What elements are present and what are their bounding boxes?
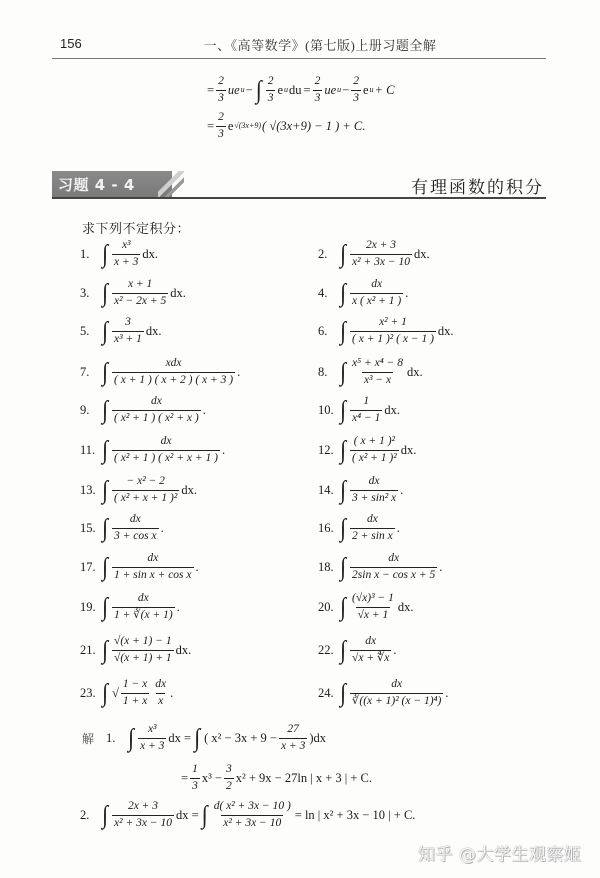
- math-text: dx.: [413, 247, 431, 262]
- denominator: ∛((x + 1)² (x − 1)⁴): [350, 693, 443, 708]
- problem-number: 14.: [318, 483, 334, 498]
- denominator: x² + 3x − 10: [112, 815, 174, 830]
- denominator: x + 3: [112, 254, 140, 269]
- math-text: √: [111, 686, 120, 701]
- section-label: 习题 4 - 4: [58, 174, 135, 195]
- denominator: ( x + 1 )² ( x − 1 ): [350, 331, 436, 346]
- numerator: dx: [153, 679, 168, 693]
- math-text: .: [169, 686, 174, 701]
- problem-number: 4.: [318, 286, 334, 301]
- fraction: 1x⁴ − 1: [350, 396, 382, 424]
- math-text: ( x² − 3x + 9 −: [203, 731, 278, 746]
- fraction: d( x² + 3x − 10 )x² + 3x − 10: [212, 801, 293, 829]
- problem-number: 24.: [318, 686, 334, 701]
- denominator: ( x² + x + 1 )²: [112, 490, 179, 505]
- fraction: dx∛((x + 1)² (x − 1)⁴): [350, 679, 443, 707]
- fraction: dx3 + sin² x: [350, 476, 398, 504]
- problem-number: 21.: [80, 643, 96, 658]
- math-text: =: [180, 771, 189, 786]
- numerator: 2x + 3: [364, 240, 398, 254]
- integral-sign-icon: ∫: [102, 359, 108, 384]
- solution-1-line-1: 解 1. ∫x³x + 3dx = ∫( x² − 3x + 9 − 27x +…: [82, 724, 327, 752]
- running-title: 一、《高等数学》(第七版)上册习题全解: [0, 35, 600, 54]
- math-text: dx =: [167, 731, 192, 746]
- math-text: .: [392, 643, 397, 658]
- numerator: 2: [313, 76, 323, 90]
- problem-6: 6.∫x² + 1( x + 1 )² ( x − 1 )dx.: [318, 317, 455, 345]
- problem-10: 10.∫1x⁴ − 1dx.: [318, 396, 401, 424]
- numerator: − x² − 2: [124, 476, 166, 490]
- denominator: x + 3: [138, 738, 166, 753]
- fraction: dx( x² + 1 ) ( x² + x ): [112, 396, 201, 424]
- numerator: x² + 1: [377, 317, 409, 331]
- problem-24: 24.∫dx∛((x + 1)² (x − 1)⁴).: [318, 679, 450, 707]
- problem-number: 18.: [318, 560, 334, 575]
- problem-23: 23.∫√1 − x1 + x dxx.: [80, 679, 174, 707]
- integral-sign-icon: ∫: [102, 241, 108, 266]
- numerator: 3: [123, 317, 133, 331]
- math-text: e: [227, 119, 235, 134]
- integral-sign-icon: ∫: [102, 477, 108, 502]
- integral-sign-icon: ∫: [202, 802, 208, 827]
- fraction: dx2 + sin x: [350, 514, 395, 542]
- math-text: dx.: [169, 286, 187, 301]
- math-text: .: [396, 521, 401, 536]
- math-text: −: [245, 83, 254, 98]
- math-text: .: [202, 403, 207, 418]
- math-text: dx.: [141, 247, 159, 262]
- fraction: 13: [190, 764, 200, 792]
- fraction: 1 − x1 + x: [121, 679, 149, 707]
- solution-1-expression: ∫x³x + 3dx = ∫( x² − 3x + 9 − 27x + 3)dx: [126, 724, 327, 752]
- math-text: dx =: [175, 808, 200, 823]
- math-text: ue: [227, 83, 241, 98]
- fraction: 3x³ + 1: [112, 317, 144, 345]
- numerator: 1 − x: [121, 679, 149, 693]
- numerator: dx: [386, 553, 401, 567]
- math-text: .: [221, 443, 226, 458]
- math-text: =: [303, 83, 312, 98]
- numerator: 1: [190, 764, 200, 778]
- section-divider: [52, 197, 546, 199]
- solution-number: 1.: [106, 731, 122, 746]
- math-text: dx.: [175, 643, 193, 658]
- math-text: .: [160, 521, 165, 536]
- problem-3: 3.∫x + 1x² − 2x + 5dx.: [80, 279, 187, 307]
- numerator: 2: [216, 76, 226, 90]
- fraction: dx2sin x − cos x + 5: [350, 553, 437, 581]
- math-text: + C: [374, 83, 396, 98]
- math-text: .: [404, 286, 409, 301]
- integral-sign-icon: ∫: [102, 637, 108, 662]
- numerator: ( x + 1 )²: [352, 436, 397, 450]
- denominator: 3: [216, 126, 226, 141]
- fraction: 2x + 3x² + 3x − 10: [350, 240, 412, 268]
- instruction-text: 求下列不定积分：: [82, 218, 190, 237]
- numerator: dx: [363, 636, 378, 650]
- denominator: 3 + sin² x: [350, 490, 398, 505]
- fraction: 23: [266, 76, 276, 104]
- fraction: dxx ( x² + 1 ): [350, 279, 403, 307]
- problem-1: 1.∫x³x + 3dx.: [80, 240, 159, 268]
- integral-sign-icon: ∫: [340, 637, 346, 662]
- problem-9: 9.∫dx( x² + 1 ) ( x² + x ).: [80, 396, 207, 424]
- fraction: x² + 1( x + 1 )² ( x − 1 ): [350, 317, 436, 345]
- denominator: ( x² + 1 )²: [350, 450, 399, 465]
- integral-sign-icon: ∫: [340, 437, 346, 462]
- problem-number: 16.: [318, 521, 334, 536]
- problem-number: 17.: [80, 560, 96, 575]
- denominator: x² + 3x − 10: [350, 254, 412, 269]
- numerator: x³: [120, 240, 133, 254]
- problem-7: 7.∫xdx( x + 1 ) ( x + 2 ) ( x + 3 ).: [80, 358, 241, 386]
- numerator: xdx: [164, 358, 184, 372]
- denominator: x³ + 1: [112, 331, 144, 346]
- fraction: − x² − 2( x² + x + 1 )²: [112, 476, 179, 504]
- problem-number: 9.: [80, 403, 96, 418]
- integral-sign-icon: ∫: [102, 594, 108, 619]
- problem-2: 2.∫2x + 3x² + 3x − 10dx.: [318, 240, 431, 268]
- numerator: 27: [285, 724, 301, 738]
- math-text: dx.: [180, 483, 198, 498]
- integral-sign-icon: ∫: [102, 554, 108, 579]
- math-text: ( √(3x+9) − 1 ) + C.: [261, 119, 366, 134]
- problem-5: 5.∫3x³ + 1dx.: [80, 317, 162, 345]
- solution-2-line-1: 2. ∫2x + 3x² + 3x − 10dx = ∫d( x² + 3x −…: [80, 801, 416, 829]
- denominator: √(x + 1) + 1: [112, 650, 174, 665]
- math-text: .: [399, 483, 404, 498]
- fraction: xdx( x + 1 ) ( x + 2 ) ( x + 3 ): [112, 358, 235, 386]
- integral-sign-icon: ∫: [340, 397, 346, 422]
- fraction: ( x + 1 )²( x² + 1 )²: [350, 436, 399, 464]
- fraction: 23: [216, 112, 226, 140]
- fraction: 23: [216, 76, 226, 104]
- math-text: du: [288, 83, 303, 98]
- problem-12: 12.∫( x + 1 )²( x² + 1 )²dx.: [318, 436, 417, 464]
- problem-15: 15.∫dx3 + cos x.: [80, 514, 165, 542]
- denominator: x⁴ − 1: [350, 410, 382, 425]
- denominator: 2 + sin x: [350, 528, 395, 543]
- banner-slash-decoration: [158, 171, 184, 197]
- fraction: √(x + 1) − 1√(x + 1) + 1: [112, 636, 174, 664]
- math-text: ue: [323, 83, 337, 98]
- numerator: 2: [266, 76, 276, 90]
- numerator: dx: [145, 553, 160, 567]
- numerator: dx: [389, 679, 404, 693]
- problem-number: 19.: [80, 600, 96, 615]
- numerator: d( x² + 3x − 10 ): [212, 801, 293, 815]
- integral-sign-icon: ∫: [340, 241, 346, 266]
- problem-20: 20.∫(√x)³ − 1√x + 1dx.: [318, 593, 414, 621]
- denominator: x: [156, 693, 165, 708]
- denominator: x² − 2x + 5: [112, 293, 168, 308]
- math-text: dx.: [437, 324, 455, 339]
- fraction: dx1 + ∛(x + 1): [112, 593, 175, 621]
- denominator: 3 + cos x: [112, 528, 159, 543]
- carryover-line-1: =23ueu − ∫23eudu = 23ueu − 23eu + C: [206, 76, 395, 104]
- numerator: x³: [146, 724, 159, 738]
- numerator: (√x)³ − 1: [350, 593, 396, 607]
- numerator: dx: [367, 476, 382, 490]
- denominator: √x + 1: [356, 607, 391, 622]
- fraction: 2x + 3x² + 3x − 10: [112, 801, 174, 829]
- integral-sign-icon: ∫: [102, 318, 108, 343]
- numerator: √(x + 1) − 1: [112, 636, 174, 650]
- problem-number: 20.: [318, 600, 334, 615]
- fraction: 23: [351, 76, 361, 104]
- denominator: 3: [216, 90, 226, 105]
- problem-number: 22.: [318, 643, 334, 658]
- integral-sign-icon: ∫: [102, 280, 108, 305]
- integral-sign-icon: ∫: [102, 680, 108, 705]
- problem-17: 17.∫dx1 + sin x + cos x.: [80, 553, 200, 581]
- integral-sign-icon: ∫: [340, 680, 346, 705]
- problem-14: 14.∫dx3 + sin² x.: [318, 476, 404, 504]
- fraction: 23: [313, 76, 323, 104]
- numerator: dx: [136, 593, 151, 607]
- numerator: x⁵ + x⁴ − 8: [350, 358, 405, 372]
- math-text: x² + 9x − 27ln | x + 3 | + C.: [235, 771, 373, 786]
- denominator: 1 + sin x + cos x: [112, 567, 193, 582]
- denominator: x³ − x: [362, 372, 393, 387]
- denominator: 3: [351, 90, 361, 105]
- fraction: 27x + 3: [279, 724, 307, 752]
- integral-sign-icon: ∫: [102, 397, 108, 422]
- denominator: 3: [313, 90, 323, 105]
- denominator: ( x² + 1 ) ( x² + x ): [112, 410, 201, 425]
- denominator: 2: [224, 778, 234, 793]
- math-text: =: [206, 119, 215, 134]
- numerator: 2: [351, 76, 361, 90]
- problem-number: 3.: [80, 286, 96, 301]
- denominator: 3: [190, 778, 200, 793]
- denominator: x + 3: [279, 738, 307, 753]
- fraction: x⁵ + x⁴ − 8x³ − x: [350, 358, 405, 386]
- integral-sign-icon: ∫: [340, 359, 346, 384]
- section-title: 有理函数的积分: [411, 173, 544, 198]
- math-text: .: [195, 560, 200, 575]
- header-divider: [52, 58, 546, 59]
- numerator: x + 1: [126, 279, 154, 293]
- integral-sign-icon: ∫: [102, 802, 108, 827]
- numerator: 2x + 3: [126, 801, 160, 815]
- numerator: dx: [128, 514, 143, 528]
- problem-19: 19.∫dx1 + ∛(x + 1).: [80, 593, 181, 621]
- problem-number: 1.: [80, 247, 96, 262]
- numerator: 1: [361, 396, 371, 410]
- problem-4: 4.∫dxx ( x² + 1 ).: [318, 279, 409, 307]
- integral-sign-icon: ∫: [340, 318, 346, 343]
- problem-number: 2.: [318, 247, 334, 262]
- problem-11: 11.∫dx( x² + 1 ) ( x² + x + 1 ).: [80, 436, 226, 464]
- problem-number: 7.: [80, 365, 96, 380]
- math-text: = ln | x² + 3x − 10 | + C.: [294, 808, 417, 823]
- problem-number: 23.: [80, 686, 96, 701]
- problem-number: 11.: [80, 443, 96, 458]
- math-text: dx.: [383, 403, 401, 418]
- fraction: dx√x + ∜x: [350, 636, 391, 664]
- math-text: .: [236, 365, 241, 380]
- math-text: )dx: [308, 731, 327, 746]
- math-text: dx.: [406, 365, 424, 380]
- fraction: x + 1x² − 2x + 5: [112, 279, 168, 307]
- solution-number: 2.: [80, 808, 96, 823]
- denominator: 1 + ∛(x + 1): [112, 607, 175, 622]
- numerator: dx: [159, 436, 174, 450]
- denominator: 1 + x: [121, 693, 149, 708]
- denominator: ( x + 1 ) ( x + 2 ) ( x + 3 ): [112, 372, 235, 387]
- integral-sign-icon: ∫: [128, 725, 134, 750]
- denominator: x² + 3x − 10: [221, 815, 283, 830]
- carryover-line-2: =23e√(3x+9)( √(3x+9) − 1 ) + C.: [206, 112, 366, 140]
- denominator: 3: [266, 90, 276, 105]
- math-text: x³ −: [201, 771, 223, 786]
- fraction: (√x)³ − 1√x + 1: [350, 593, 396, 621]
- problem-16: 16.∫dx2 + sin x.: [318, 514, 401, 542]
- problem-number: 10.: [318, 403, 334, 418]
- problem-number: 15.: [80, 521, 96, 536]
- solution-2-expression: ∫2x + 3x² + 3x − 10dx = ∫d( x² + 3x − 10…: [100, 801, 416, 829]
- math-text: −: [341, 83, 350, 98]
- integral-sign-icon: ∫: [340, 515, 346, 540]
- denominator: ( x² + 1 ) ( x² + x + 1 ): [112, 450, 220, 465]
- zhihu-watermark: 知乎 @大学生观察姬: [418, 840, 581, 865]
- math-text: .: [176, 600, 181, 615]
- numerator: 2: [216, 112, 226, 126]
- denominator: x ( x² + 1 ): [350, 293, 403, 308]
- problem-13: 13.∫− x² − 2( x² + x + 1 )²dx.: [80, 476, 198, 504]
- numerator: dx: [365, 514, 380, 528]
- math-text: e: [276, 83, 284, 98]
- math-text: .: [444, 686, 449, 701]
- integral-sign-icon: ∫: [340, 280, 346, 305]
- problem-8: 8.∫x⁵ + x⁴ − 8x³ − xdx.: [318, 358, 424, 386]
- math-text: =: [206, 83, 215, 98]
- problem-number: 13.: [80, 483, 96, 498]
- denominator: 2sin x − cos x + 5: [350, 567, 437, 582]
- math-text: dx.: [397, 600, 415, 615]
- integral-sign-icon: ∫: [340, 594, 346, 619]
- problem-number: 8.: [318, 365, 334, 380]
- fraction: 32: [224, 764, 234, 792]
- fraction: dxx: [153, 679, 168, 707]
- integral-sign-icon: ∫: [102, 437, 108, 462]
- problem-number: 6.: [318, 324, 334, 339]
- problem-number: 5.: [80, 324, 96, 339]
- numerator: dx: [149, 396, 164, 410]
- solution-1-line-2: = 13x³ − 32x² + 9x − 27ln | x + 3 | + C.: [180, 764, 373, 792]
- problem-18: 18.∫dx2sin x − cos x + 5.: [318, 553, 443, 581]
- integral-sign-icon: ∫: [102, 515, 108, 540]
- solution-label: 解: [82, 730, 94, 747]
- fraction: dx1 + sin x + cos x: [112, 553, 193, 581]
- fraction: dx( x² + 1 ) ( x² + x + 1 ): [112, 436, 220, 464]
- math-text: .: [438, 560, 443, 575]
- fraction: dx3 + cos x: [112, 514, 159, 542]
- math-text: dx.: [400, 443, 418, 458]
- integral-sign-icon: ∫: [194, 725, 200, 750]
- problem-21: 21.∫√(x + 1) − 1√(x + 1) + 1dx.: [80, 636, 192, 664]
- numerator: 3: [224, 764, 234, 778]
- problem-number: 12.: [318, 443, 334, 458]
- denominator: √x + ∜x: [350, 650, 391, 665]
- integral-sign-icon: ∫: [340, 554, 346, 579]
- problem-22: 22.∫dx√x + ∜x.: [318, 636, 398, 664]
- fraction: x³x + 3: [112, 240, 140, 268]
- fraction: x³x + 3: [138, 724, 166, 752]
- integral-sign-icon: ∫: [256, 77, 262, 102]
- numerator: dx: [369, 279, 384, 293]
- math-text: dx.: [145, 324, 163, 339]
- integral-sign-icon: ∫: [340, 477, 346, 502]
- math-text: e: [362, 83, 370, 98]
